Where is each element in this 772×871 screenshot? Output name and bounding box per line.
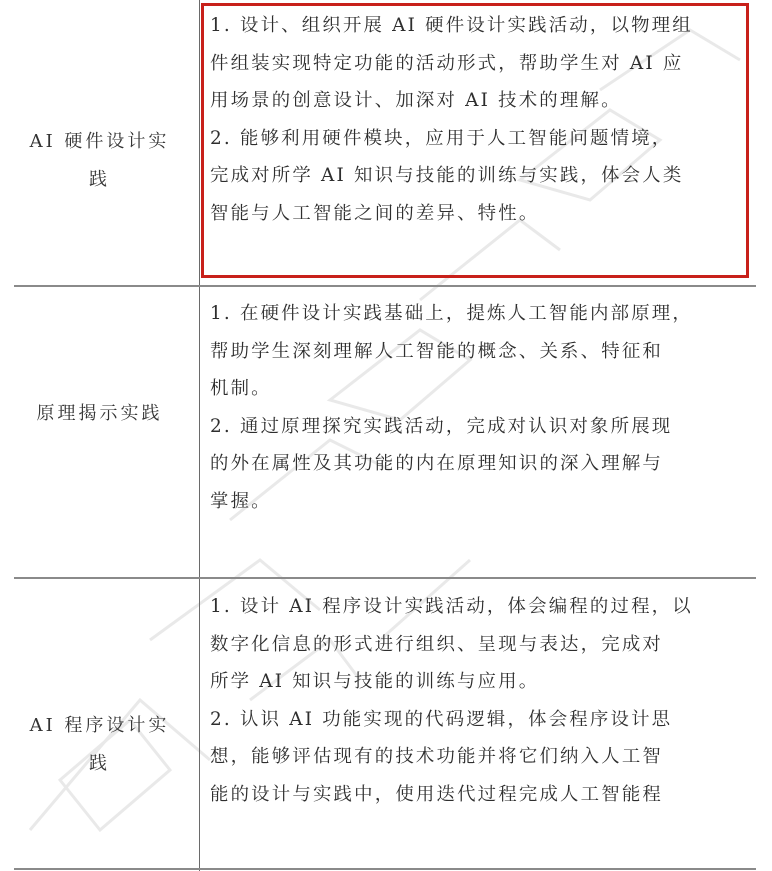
category-label: 践 <box>0 161 199 199</box>
description-cell: 1. 在硬件设计实践基础上，提炼人工智能内部原理， 帮助学生深刻理解人工智能的概… <box>210 295 750 520</box>
description-cell: 1. 设计 AI 程序设计实践活动，体会编程的过程，以 数字化信息的形式进行组织… <box>210 588 750 813</box>
column-divider <box>199 0 200 871</box>
table-row: 原理揭示实践 1. 在硬件设计实践基础上，提炼人工智能内部原理， 帮助学生深刻理… <box>0 287 772 577</box>
description-line: 能的设计与实践中，使用迭代过程完成人工智能程 <box>210 776 750 814</box>
category-cell: 原理揭示实践 <box>0 395 199 433</box>
description-cell: 1. 设计、组织开展 AI 硬件设计实践活动，以物理组 件组装实现特定功能的活动… <box>210 7 750 232</box>
description-line: 用场景的创意设计、加深对 AI 技术的理解。 <box>210 82 750 120</box>
description-line: 想，能够评估现有的技术功能并将它们纳入人工智 <box>210 738 750 776</box>
description-line: 件组装实现特定功能的活动形式，帮助学生对 AI 应 <box>210 45 750 83</box>
description-line: 2. 认识 AI 功能实现的代码逻辑，体会程序设计思 <box>210 701 750 739</box>
category-label: AI 硬件设计实 <box>0 123 199 161</box>
description-line: 2. 通过原理探究实践活动，完成对认识对象所展现 <box>210 408 750 446</box>
description-line: 1. 在硬件设计实践基础上，提炼人工智能内部原理， <box>210 295 750 333</box>
description-line: 完成对所学 AI 知识与技能的训练与实践，体会人类 <box>210 157 750 195</box>
table-row: AI 程序设计实 践 1. 设计 AI 程序设计实践活动，体会编程的过程，以 数… <box>0 579 772 869</box>
category-cell: AI 程序设计实 践 <box>0 707 199 782</box>
category-label: AI 程序设计实 <box>0 707 199 745</box>
description-line: 掌握。 <box>210 483 750 521</box>
row-divider <box>14 285 756 287</box>
description-line: 的外在属性及其功能的内在原理知识的深入理解与 <box>210 445 750 483</box>
description-line: 1. 设计 AI 程序设计实践活动，体会编程的过程，以 <box>210 588 750 626</box>
category-label: 原理揭示实践 <box>0 395 199 433</box>
row-divider <box>14 577 756 579</box>
table-bottom-border <box>14 868 756 870</box>
description-line: 2. 能够利用硬件模块，应用于人工智能问题情境， <box>210 120 750 158</box>
table-row: AI 硬件设计实 践 1. 设计、组织开展 AI 硬件设计实践活动，以物理组 件… <box>0 0 772 285</box>
category-cell: AI 硬件设计实 践 <box>0 123 199 198</box>
description-line: 智能与人工智能之间的差异、特性。 <box>210 195 750 233</box>
description-line: 所学 AI 知识与技能的训练与应用。 <box>210 663 750 701</box>
description-line: 机制。 <box>210 370 750 408</box>
description-line: 数字化信息的形式进行组织、呈现与表达，完成对 <box>210 626 750 664</box>
description-line: 帮助学生深刻理解人工智能的概念、关系、特征和 <box>210 333 750 371</box>
category-label: 践 <box>0 745 199 783</box>
description-line: 1. 设计、组织开展 AI 硬件设计实践活动，以物理组 <box>210 7 750 45</box>
